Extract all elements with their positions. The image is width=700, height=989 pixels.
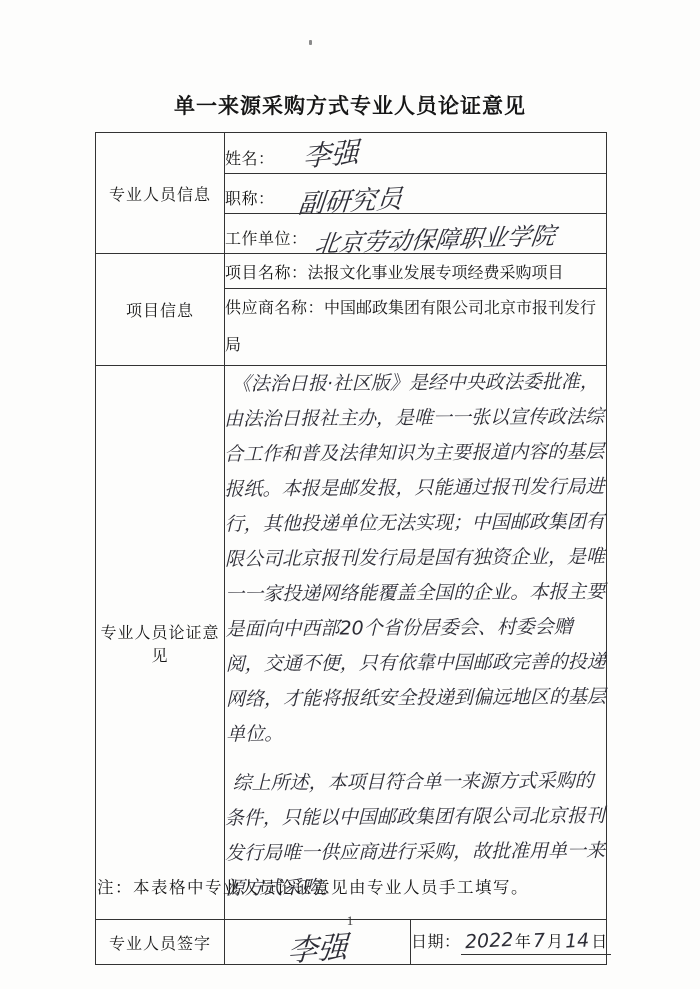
document-page: 单一来源采购方式专业人员论证意见 专业人员信息 姓名：李强 职称：副研究员 工作… — [0, 0, 700, 989]
date-underline: 2022年7月14日 — [461, 929, 612, 955]
date-day-suffix: 日 — [591, 934, 607, 951]
supplier-cell: 供应商名称：中国邮政集团有限公司北京市报刊发行局 — [225, 289, 607, 366]
date-month-handwritten: 7 — [530, 930, 547, 953]
scan-artifact-dot — [309, 40, 312, 45]
document-title: 单一来源采购方式专业人员论证意见 — [0, 90, 700, 120]
date-label: 日期： — [411, 934, 461, 951]
section-label-personnel: 专业人员信息 — [96, 133, 225, 254]
opinion-paragraph-1: 《法治日报·社区版》是经中央政法委批准，由法治日报社主办，是唯一一张以宣传政法综… — [224, 365, 608, 753]
page-number: 1 — [0, 913, 700, 929]
section-label-project: 项目信息 — [96, 254, 225, 366]
section-label-opinion: 专业人员论证意见 — [96, 366, 225, 920]
job-title-handwritten-value: 副研究员 — [296, 178, 403, 221]
project-name-label: 项目名称： — [225, 265, 308, 282]
row-name: 专业人员信息 姓名：李强 — [96, 133, 607, 174]
opinion-cell: 《法治日报·社区版》是经中央政法委批准，由法治日报社主办，是唯一一张以宣传政法综… — [225, 366, 607, 920]
project-name-value: 法报文化事业发展专项经费采购项目 — [308, 265, 564, 282]
row-opinion: 专业人员论证意见 《法治日报·社区版》是经中央政法委批准，由法治日报社主办，是唯… — [96, 366, 607, 920]
work-unit-field-cell: 工作单位：北京劳动保障职业学院 — [225, 214, 607, 254]
supplier-label: 供应商名称： — [225, 300, 324, 317]
job-title-field-cell: 职称：副研究员 — [225, 174, 607, 214]
date-month-suffix: 月 — [547, 934, 563, 951]
name-label: 姓名： — [225, 151, 275, 168]
row-project-name: 项目信息 项目名称：法报文化事业发展专项经费采购项目 — [96, 254, 607, 289]
name-field-cell: 姓名：李强 — [225, 133, 607, 174]
work-unit-label: 工作单位： — [225, 231, 308, 248]
footnote: 注：本表格中专业人员论证意见由专业人员手工填写。 — [97, 874, 529, 898]
date-day-handwritten: 14 — [562, 929, 591, 952]
form-table: 专业人员信息 姓名：李强 职称：副研究员 工作单位：北京劳动保障职业学院 项目信… — [95, 132, 607, 965]
signature-handwritten-value: 李强 — [286, 922, 348, 970]
date-year-handwritten: 2022 — [462, 929, 515, 954]
name-handwritten-value: 李强 — [302, 130, 359, 175]
date-year-suffix: 年 — [515, 934, 531, 951]
project-name-cell: 项目名称：法报文化事业发展专项经费采购项目 — [225, 254, 607, 289]
job-title-label: 职称： — [225, 191, 275, 208]
